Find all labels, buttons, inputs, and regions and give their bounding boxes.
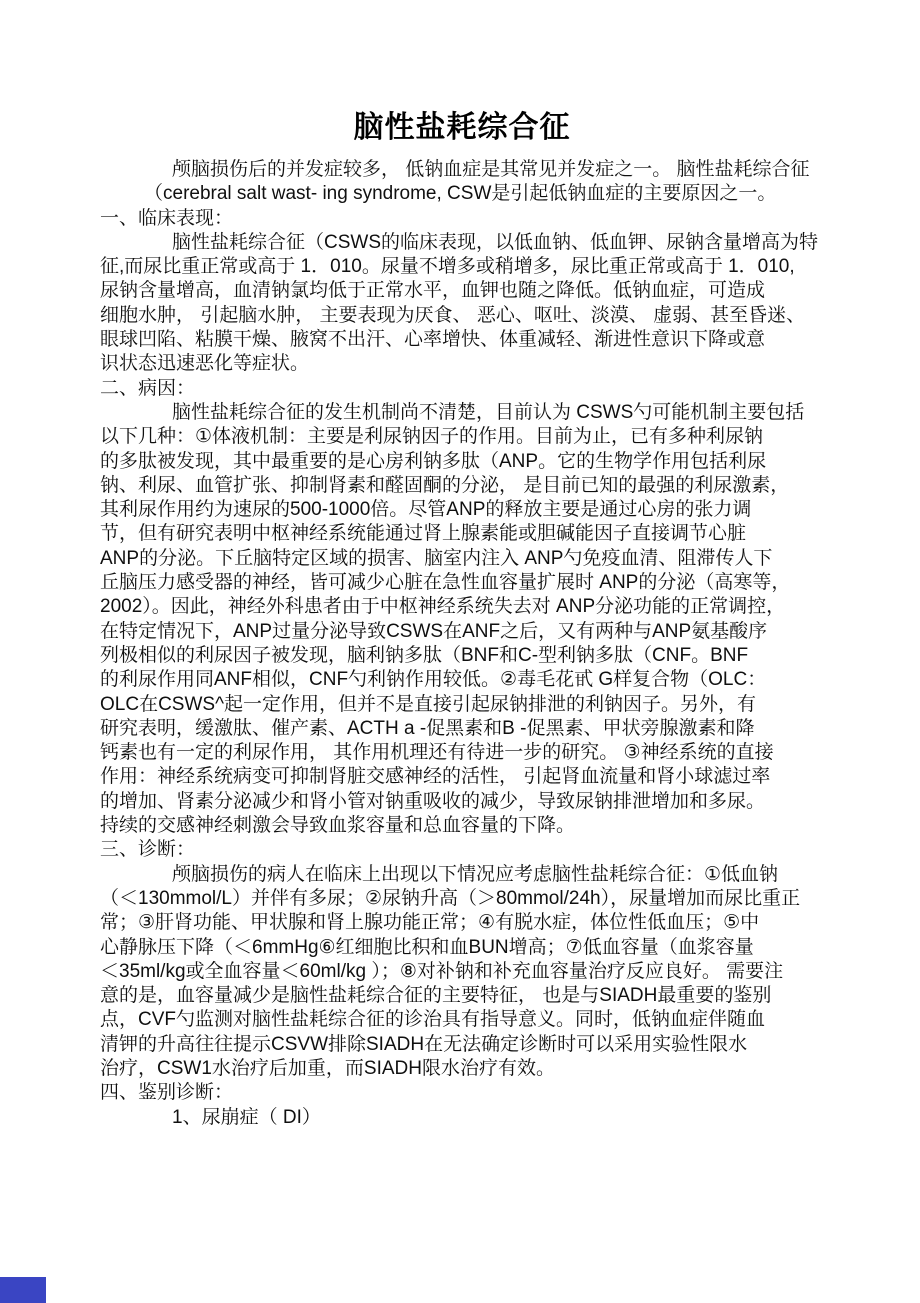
text-line: （＜130mmol/L）并伴有多尿；②尿钠升高（＞80mmol/24h），尿量增… (100, 887, 852, 911)
text-line: 意的是，血容量减少是脑性盐耗综合征的主要特征， 也是与SIADH最重要的鉴别 (100, 984, 852, 1008)
text-line: ANP的分泌。下丘脑特定区域的损害、脑室内注入 ANP勺免疫血清、阻滞传人下 (100, 547, 852, 571)
text-line: 尿钠含量增高，血清钠氯均低于正常水平，血钾也随之降低。低钠血症，可造成 (100, 279, 852, 303)
text-line: 研究表明，缓激肽、催产素、ACTH a -促黑素和B -促黑素、甲状旁腺激素和降 (100, 717, 852, 741)
text-line: 脑性盐耗综合征的发生机制尚不清楚，目前认为 CSWS勺可能机制主要包括 (100, 401, 852, 425)
text-line: 在特定情况下，ANP过量分泌导致CSWS在ANF之后，又有两种与ANP氨基酸序 (100, 620, 852, 644)
text-line: 心静脉压下降（＜6mmHg⑥红细胞比积和血BUN增高；⑦低血容量（血浆容量 (100, 936, 852, 960)
text-line: 颅脑损伤的病人在临床上出现以下情况应考虑脑性盐耗综合征：①低血钠 (100, 863, 852, 887)
text-line: （cerebral salt wast- ing syndrome, CSW是引… (100, 182, 852, 206)
text-line: 丘脑压力感受器的神经，皆可减少心脏在急性血容量扩展时 ANP的分泌（高寒等， (100, 571, 852, 595)
text-line: 细胞水肿， 引起脑水肿， 主要表现为厌食、 恶心、呕吐、淡漠、 虚弱、甚至昏迷、 (100, 304, 852, 328)
text-line: 的利尿作用同ANF相似，CNF勺利钠作用较低。②毒毛花甙 G样复合物（OLC： (100, 668, 852, 692)
text-line: 颅脑损伤后的并发症较多， 低钠血症是其常见并发症之一。 脑性盐耗综合征 (100, 158, 852, 182)
text-line: 清钾的升高往往提示CSVW排除SIADH在无法确定诊断时可以采用实验性限水 (100, 1033, 852, 1057)
text-line: 眼球凹陷、粘膜干燥、腋窝不出汗、心率增快、体重减轻、渐进性意识下降或意 (100, 328, 852, 352)
text-line: 节，但有研究表明中枢神经系统能通过肾上腺素能或胆碱能因子直接调节心脏 (100, 522, 852, 546)
text-line: 征,而尿比重正常或高于 1．010。尿量不增多或稍增多，尿比重正常或高于 1．0… (100, 255, 852, 279)
text-line: 以下几种：①体液机制：主要是利尿钠因子的作用。目前为止，已有多种利尿钠 (100, 425, 852, 449)
text-line: 钠、利尿、血管扩张、抑制肾素和醛固酮的分泌， 是目前已知的最强的利尿激素， (100, 474, 852, 498)
text-line: 四、鉴别诊断： (100, 1081, 852, 1105)
document-title: 脑性盐耗综合征 (100, 102, 824, 146)
text-line: 二、病因： (100, 377, 852, 401)
text-line: OLC在CSWS^起一定作用，但并不是直接引起尿钠排泄的利钠因子。另外，有 (100, 693, 852, 717)
text-line: 1、尿崩症（ DI） (100, 1106, 852, 1130)
corner-logo-mark (0, 1277, 46, 1303)
text-line: 识状态迅速恶化等症状。 (100, 352, 852, 376)
text-line: 2002）。因此，神经外科患者由于中枢神经系统失去对 ANP分泌功能的正常调控， (100, 595, 852, 619)
text-line: 的增加、肾素分泌减少和肾小管对钠重吸收的减少，导致尿钠排泄增加和多尿。 (100, 790, 852, 814)
text-line: 点，CVF勺监测对脑性盐耗综合征的诊治具有指导意义。同时，低钠血症伴随血 (100, 1008, 852, 1032)
text-line: 其利尿作用约为速尿的500-1000倍。尽管ANP的释放主要是通过心房的张力调 (100, 498, 852, 522)
text-line: ＜35ml/kg或全血容量＜60ml/kg ）；⑧对补钠和补充血容量治疗反应良好… (100, 960, 852, 984)
document-body: 颅脑损伤后的并发症较多， 低钠血症是其常见并发症之一。 脑性盐耗综合征（cere… (100, 158, 852, 1130)
text-line: 钙素也有一定的利尿作用， 其作用机理还有待进一步的研究。 ③神经系统的直接 (100, 741, 852, 765)
text-line: 一、临床表现： (100, 207, 852, 231)
text-line: 三、诊断： (100, 838, 852, 862)
text-line: 的多肽被发现，其中最重要的是心房利钠多肽（ANP。它的生物学作用包括利尿 (100, 450, 852, 474)
text-line: 脑性盐耗综合征（CSWS的临床表现，以低血钠、低血钾、尿钠含量增高为特 (100, 231, 852, 255)
text-line: 作用：神经系统病变可抑制肾脏交感神经的活性， 引起肾血流量和肾小球滤过率 (100, 765, 852, 789)
text-line: 列极相似的利尿因子被发现，脑利钠多肽（BNF和C-型利钠多肽（CNF。BNF (100, 644, 852, 668)
text-line: 持续的交感神经刺激会导致血浆容量和总血容量的下降。 (100, 814, 852, 838)
document-page: 脑性盐耗综合征 颅脑损伤后的并发症较多， 低钠血症是其常见并发症之一。 脑性盐耗… (0, 0, 920, 1303)
text-line: 治疗，CSW1水治疗后加重，而SIADH限水治疗有效。 (100, 1057, 852, 1081)
text-line: 常；③肝肾功能、甲状腺和肾上腺功能正常；④有脱水症，体位性低血压；⑤中 (100, 911, 852, 935)
